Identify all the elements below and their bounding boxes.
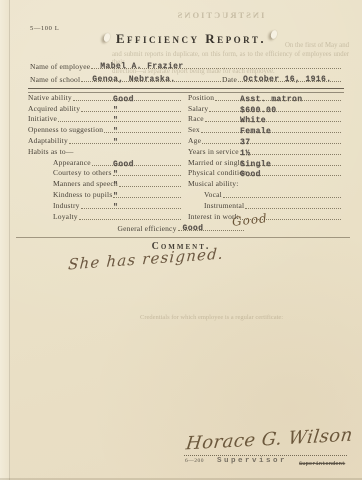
field-label: Instrumental bbox=[204, 201, 244, 210]
dotted-leader bbox=[75, 154, 181, 155]
dotted-leader bbox=[205, 120, 341, 122]
dotted-leader bbox=[248, 174, 341, 176]
employee-name-row: Name of employee Mabel A. Frazier bbox=[30, 58, 342, 71]
form-field-row: Musical ability: bbox=[188, 177, 342, 188]
dotted-leader bbox=[81, 207, 181, 209]
bleed-through-heading: INSTRUCTIONS bbox=[150, 10, 290, 20]
field-label: Married or single bbox=[188, 158, 243, 167]
form-field-row: Native abilityGood bbox=[28, 91, 182, 102]
dotted-leader bbox=[240, 153, 341, 155]
dotted-leader bbox=[113, 174, 181, 176]
employee-name-value: Mabel A. Frazier bbox=[100, 62, 183, 71]
field-label: Age bbox=[188, 136, 201, 145]
dotted-leader bbox=[69, 142, 181, 144]
print-code: 6—200 bbox=[185, 458, 204, 464]
dotted-leader bbox=[92, 164, 181, 166]
field-label: Courtesy to others bbox=[53, 168, 112, 177]
dotted-leader: Genoa, Nebraska. bbox=[81, 80, 221, 82]
field-label: Kindness to pupils bbox=[53, 190, 112, 199]
field-label: Manners and speech bbox=[53, 179, 118, 188]
general-efficiency-row: General efficiency Good bbox=[0, 221, 362, 233]
left-column: Native abilityGoodAcquired ability"Initi… bbox=[28, 91, 182, 221]
employee-name-label: Name of employee bbox=[30, 62, 90, 71]
form-field-row: Adaptability" bbox=[28, 134, 182, 145]
dotted-leader bbox=[245, 207, 341, 209]
form-field-row: Instrumental bbox=[188, 199, 342, 210]
form-field-row: Physical conditionGood bbox=[188, 167, 342, 178]
form-field-row: Salary$600.00 bbox=[188, 102, 342, 113]
form-field-row: Kindness to pupils" bbox=[28, 188, 182, 199]
dotted-leader bbox=[113, 196, 181, 198]
form-field-row: Openness to suggestion" bbox=[28, 123, 182, 134]
form-field-row: SexFemale bbox=[188, 123, 342, 134]
field-label: Sex bbox=[188, 125, 200, 134]
dotted-leader bbox=[58, 120, 181, 122]
efficiency-report-document: INSTRUCTIONS On the first of May andand … bbox=[0, 0, 362, 480]
form-field-row: Manners and speech" bbox=[28, 177, 182, 188]
field-label: Physical condition bbox=[188, 168, 247, 177]
general-efficiency-label: General efficiency bbox=[117, 224, 176, 233]
field-label: Loyalty bbox=[53, 212, 78, 221]
form-field-row: Industry" bbox=[28, 199, 182, 210]
school-and-date-row: Name of school Genoa, Nebraska. Date Oct… bbox=[30, 71, 342, 84]
date-value: October 16, 1916. bbox=[243, 75, 331, 84]
form-field-row: Initiative" bbox=[28, 113, 182, 124]
field-label: Acquired ability bbox=[28, 104, 80, 113]
form-field-row: PositionAsst. matron bbox=[188, 91, 342, 102]
dotted-leader bbox=[223, 196, 341, 198]
form-field-row: Vocal bbox=[188, 188, 342, 199]
form-field-row: Acquired ability" bbox=[28, 102, 182, 113]
form-field-row: AppearanceGood bbox=[28, 156, 182, 167]
supervisor-label: Supervisor bbox=[217, 457, 287, 465]
field-label: Race bbox=[188, 114, 204, 123]
dotted-leader: Good bbox=[178, 229, 244, 231]
form-field-row: Interest in workGood bbox=[188, 210, 342, 221]
page-left-edge bbox=[0, 0, 10, 480]
school-name-value: Genoa, Nebraska. bbox=[92, 75, 175, 84]
dotted-leader bbox=[240, 186, 342, 187]
form-field-row: Years in service1½ bbox=[188, 145, 342, 156]
field-label: Openness to suggestion bbox=[28, 125, 103, 134]
dotted-leader bbox=[81, 110, 181, 112]
field-label: Salary bbox=[188, 104, 208, 113]
bleed-through-line: Credentials for which employee is a regu… bbox=[140, 314, 283, 321]
form-field-row: Habits as to— bbox=[28, 145, 182, 156]
dotted-leader bbox=[79, 218, 181, 220]
field-label: Position bbox=[188, 93, 214, 102]
dotted-leader: Mabel A. Frazier bbox=[91, 67, 341, 69]
dotted-leader bbox=[202, 142, 341, 144]
form-field-row: Courtesy to others" bbox=[28, 167, 182, 178]
section-rule bbox=[16, 237, 350, 238]
general-efficiency-value: Good bbox=[183, 224, 204, 233]
field-label: Years in service bbox=[188, 147, 239, 156]
signature-line bbox=[184, 455, 347, 456]
date-label: Date bbox=[222, 75, 237, 84]
rating-columns: Native abilityGoodAcquired ability"Initi… bbox=[28, 91, 342, 221]
field-label: Native ability bbox=[28, 93, 72, 102]
right-column: PositionAsst. matronSalary$600.00RaceWhi… bbox=[188, 91, 342, 221]
form-field-row: Married or singleSingle bbox=[188, 156, 342, 167]
field-label: Habits as to— bbox=[28, 147, 74, 156]
field-label: Industry bbox=[53, 201, 80, 210]
form-field-row: Loyalty bbox=[28, 210, 182, 221]
field-label: Appearance bbox=[53, 158, 91, 167]
field-label: Musical ability: bbox=[188, 179, 239, 188]
page-title: Efficiency Report. bbox=[30, 31, 352, 47]
school-name-label: Name of school bbox=[30, 75, 80, 84]
supervisor-signature: Horace G. Wilson bbox=[185, 425, 354, 455]
form-field-row: RaceWhite bbox=[188, 113, 342, 124]
form-field-row: Age37 bbox=[188, 134, 342, 145]
superintendent-label-struck: Superintendent bbox=[299, 460, 345, 467]
dotted-leader: October 16, 1916. bbox=[238, 80, 341, 82]
dotted-leader bbox=[119, 185, 181, 187]
field-label: Adaptability bbox=[28, 136, 68, 145]
field-label: Vocal bbox=[204, 190, 222, 199]
field-label: Initiative bbox=[28, 114, 57, 123]
